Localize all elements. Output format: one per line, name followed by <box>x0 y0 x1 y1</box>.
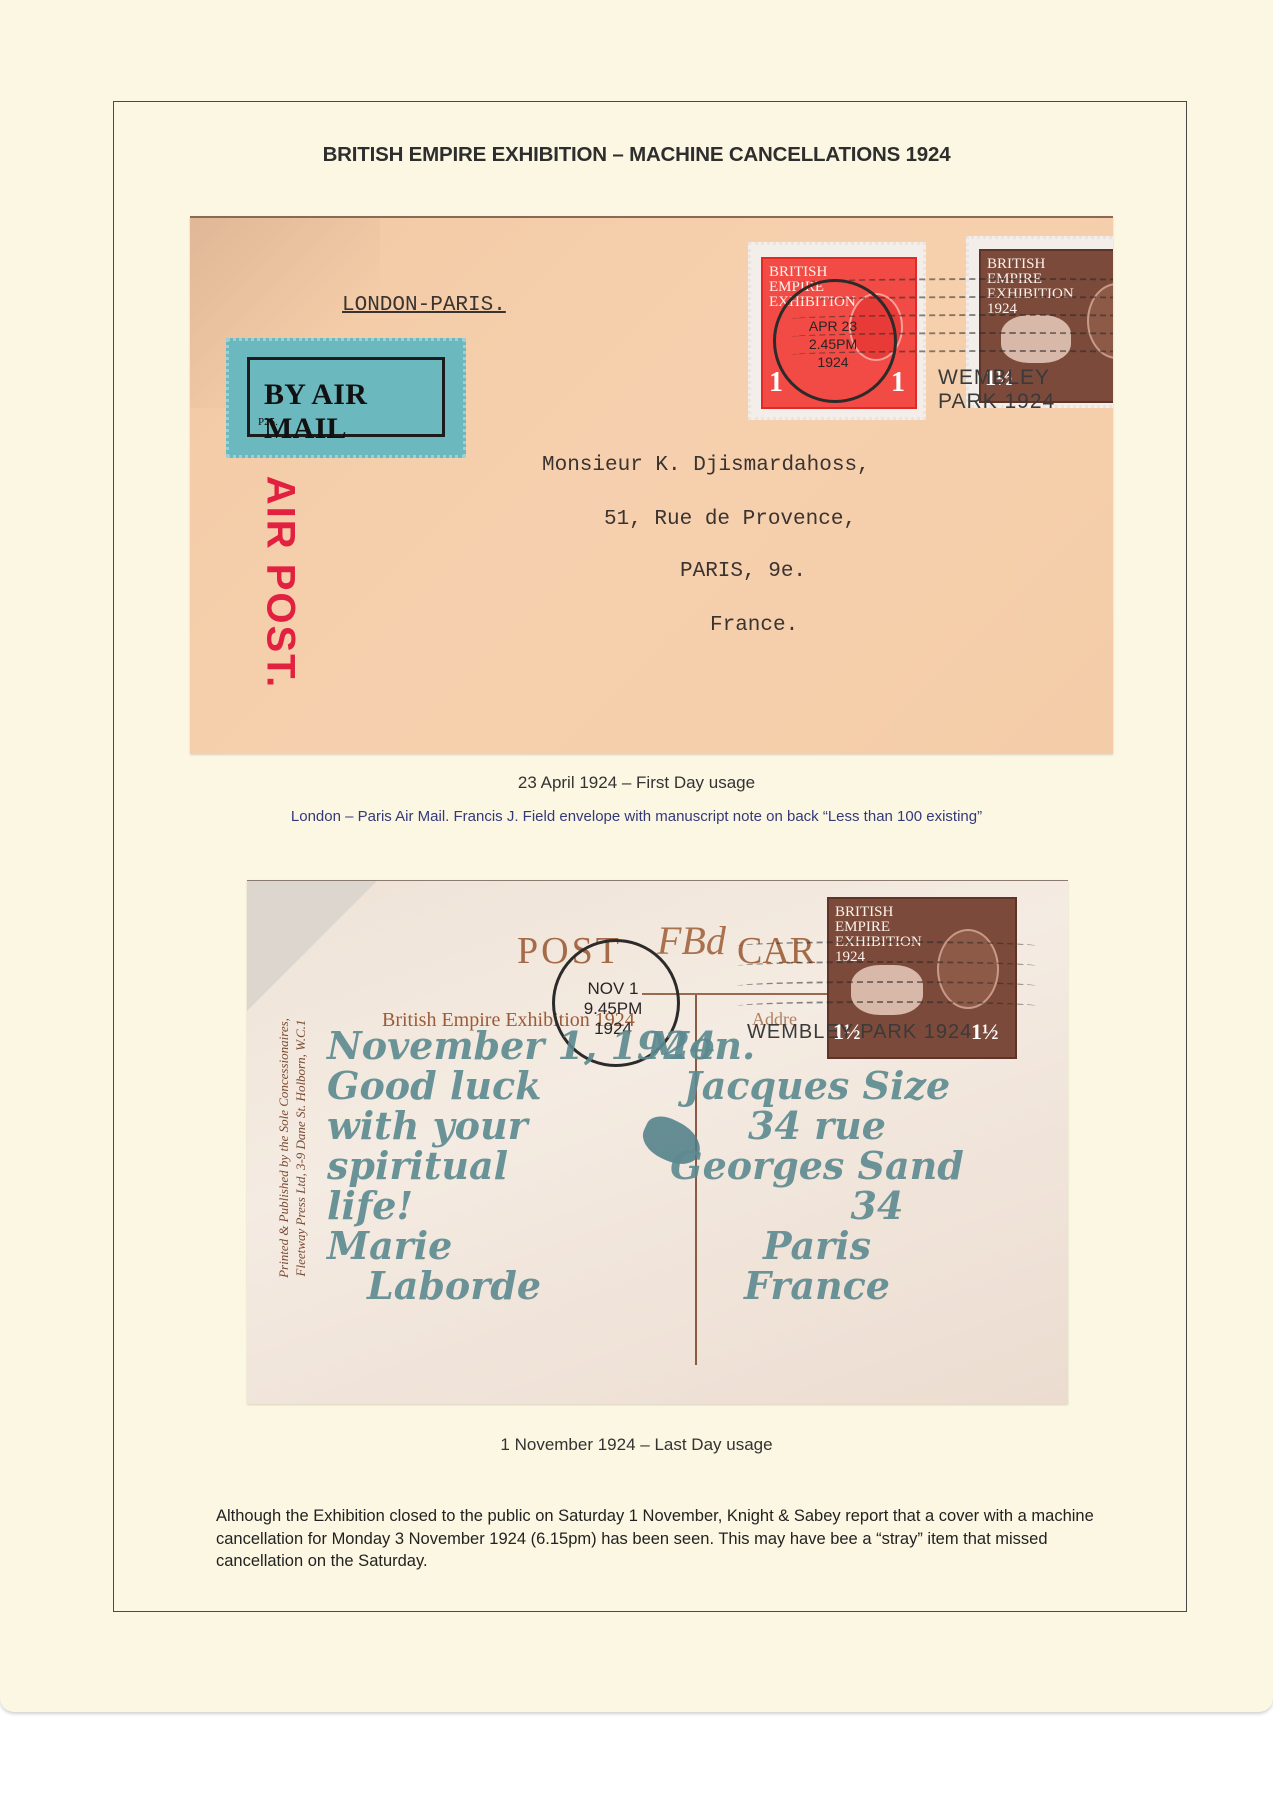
address-line: Mon. <box>627 1026 1007 1066</box>
postmark-time: 9.45PM <box>565 999 661 1019</box>
explanatory-note: Although the Exhibition closed to the pu… <box>216 1505 1096 1573</box>
address-line-1: Monsieur K. Djismardahoss, <box>542 454 870 477</box>
etiquette-border: BY AIR MAIL P25. <box>247 357 445 437</box>
etiquette-code: P25. <box>258 416 278 428</box>
imprint-line-1: Printed & Published by the Sole Concessi… <box>275 983 292 1313</box>
air-post-handstamp: AIR POST. <box>260 460 300 700</box>
address-line: Georges Sand <box>627 1146 1007 1186</box>
wavy-cancel-line <box>737 981 1037 991</box>
wavy-cancel-line <box>737 961 1037 971</box>
address-line: Paris <box>627 1226 1007 1266</box>
air-post-text: AIR POST. <box>258 463 303 703</box>
address-line: France <box>627 1266 1007 1306</box>
stamp-value-right: 1 <box>891 367 905 399</box>
air-mail-text: BY AIR MAIL <box>264 378 442 446</box>
postmark-day: NOV 1 <box>565 979 661 999</box>
address-line: Jacques Size <box>627 1066 1007 1106</box>
item1-description: London – Paris Air Mail. Francis J. Fiel… <box>0 808 1273 825</box>
item2-caption: 1 November 1924 – Last Day usage <box>0 1435 1273 1455</box>
item1-caption: 23 April 1924 – First Day usage <box>0 773 1273 793</box>
wavy-cancel-line <box>737 1001 1037 1011</box>
stamp-one-penny: BRITISH EMPIRE EXHIBITION 1 1 APR 23 2.4… <box>748 242 926 420</box>
imprint-line-2: Fleetway Press Ltd, 3-9 Dane St. Holborn… <box>292 983 309 1313</box>
publisher-imprint: Printed & Published by the Sole Concessi… <box>275 983 309 1313</box>
machine-cancel-slogan: WEMBLEY PARK 1924 <box>938 366 1113 414</box>
address-line-3: PARIS, 9e. <box>680 560 806 583</box>
address-line-4: France. <box>710 614 798 637</box>
address-line: 34 rue <box>627 1106 1007 1146</box>
airmail-envelope: LONDON-PARIS. BY AIR MAIL P25. AIR POST.… <box>190 216 1113 754</box>
photo-corner <box>247 881 377 1011</box>
address-line-2: 51, Rue de Provence, <box>604 508 856 531</box>
album-page: BRITISH EMPIRE EXHIBITION – MACHINE CANC… <box>0 0 1273 1712</box>
publisher-monogram-icon: FBd <box>657 917 726 964</box>
page-title: BRITISH EMPIRE EXHIBITION – MACHINE CANC… <box>0 143 1273 167</box>
address-line: 34 <box>627 1186 1007 1226</box>
handwritten-address: Mon. Jacques Size 34 rue Georges Sand 34… <box>627 1026 1007 1306</box>
stamp-inscription: BRITISH EMPIRE EXHIBITION 1924 <box>835 905 919 965</box>
air-mail-etiquette: BY AIR MAIL P25. <box>226 338 466 458</box>
exhibition-postcard: POST FBd CAR British Empire Exhibition 1… <box>247 880 1068 1404</box>
wavy-cancel-line <box>737 941 1037 951</box>
postmark-date: APR 23 2.45PM 1924 <box>795 317 871 371</box>
route-line: LONDON-PARIS. <box>342 294 506 317</box>
